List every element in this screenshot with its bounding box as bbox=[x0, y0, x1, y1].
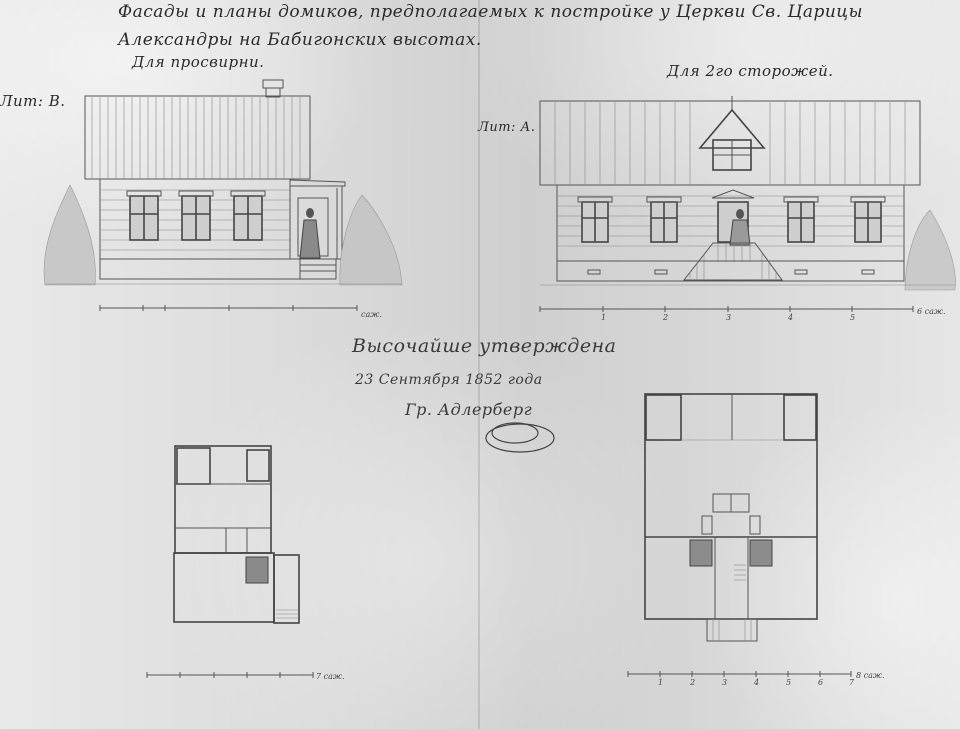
left-house-floor-plan bbox=[174, 446, 299, 623]
right-plan-scale-tick: 6 bbox=[818, 678, 823, 687]
left-plan-scale-unit: 7 саж. bbox=[316, 672, 345, 681]
approval-date: 23 Сентября 1852 года bbox=[355, 372, 543, 388]
left-building-letter-label: Лит: В. bbox=[0, 92, 66, 110]
right-plan-scale-tick: 3 bbox=[722, 678, 727, 687]
right-building-letter-label: Лит: А. bbox=[478, 120, 536, 135]
sheet-title-line-1: Фасады и планы домиков, предполагаемых к… bbox=[118, 2, 863, 22]
drawing-linework bbox=[0, 0, 960, 729]
right-elevation-scale-tick: 5 bbox=[850, 313, 855, 322]
right-plan-scale-tick: 5 bbox=[786, 678, 791, 687]
left-plan-scale bbox=[147, 672, 313, 678]
left-elevation-scale-unit: саж. bbox=[361, 310, 382, 319]
right-elevation-scale-tick: 4 bbox=[788, 313, 793, 322]
right-elevation-scale-tick: 1 bbox=[601, 313, 606, 322]
right-house-floor-plan bbox=[645, 394, 817, 641]
right-plan-scale-unit: 8 саж. bbox=[856, 671, 885, 680]
right-plan-scale-tick: 1 bbox=[658, 678, 663, 687]
approval-line-1: Высочайше утверждена bbox=[352, 335, 616, 357]
right-plan-scale bbox=[628, 671, 851, 677]
right-house-elevation bbox=[540, 96, 955, 290]
right-elevation-scale-tick: 2 bbox=[663, 313, 668, 322]
left-building-caption: Для просвирни. bbox=[132, 53, 264, 71]
right-plan-scale-tick: 4 bbox=[754, 678, 759, 687]
architectural-drawing-sheet: Фасады и планы домиков, предполагаемых к… bbox=[0, 0, 960, 729]
signature-flourish bbox=[486, 423, 554, 452]
approval-signature: Гр. Адлерберг bbox=[405, 400, 532, 419]
right-building-caption: Для 2го сторожей. bbox=[667, 62, 834, 80]
right-elevation-scale bbox=[540, 306, 913, 312]
right-elevation-scale-tick: 3 bbox=[726, 313, 731, 322]
left-elevation-scale bbox=[100, 305, 357, 311]
left-house-elevation bbox=[44, 80, 402, 285]
right-elevation-scale-unit: 6 саж. bbox=[917, 307, 946, 316]
sheet-title-line-2: Александры на Бабигонских высотах. bbox=[118, 30, 482, 50]
right-plan-scale-tick: 2 bbox=[690, 678, 695, 687]
right-plan-scale-tick: 7 bbox=[849, 678, 854, 687]
